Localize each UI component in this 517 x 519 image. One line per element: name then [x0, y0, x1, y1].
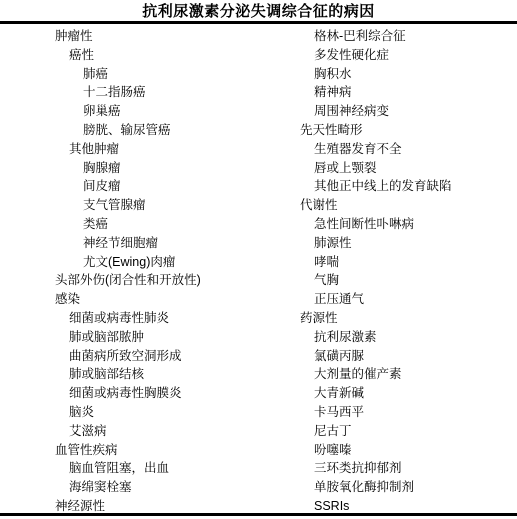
list-item: 曲菌病所致空洞形成 — [55, 347, 300, 366]
list-item: 生殖器发育不全 — [300, 140, 517, 159]
list-item: 药源性 — [300, 309, 517, 328]
list-item: 细菌或病毒性胸膜炎 — [55, 384, 300, 403]
list-item: 唇或上颚裂 — [300, 159, 517, 178]
table-body: 肿瘤性癌性肺癌十二指肠癌卵巢癌膀胱、输尿管癌其他肿瘤胸腺瘤间皮瘤支气管腺瘤类癌神… — [0, 24, 517, 513]
list-item: 先天性畸形 — [300, 121, 517, 140]
list-item: 肺或脑部脓肿 — [55, 328, 300, 347]
list-item: 支气管腺瘤 — [55, 196, 300, 215]
list-item: 胸腺瘤 — [55, 159, 300, 178]
table-header: 抗利尿激素分泌失调综合征的病因 — [0, 0, 517, 21]
left-column: 肿瘤性癌性肺癌十二指肠癌卵巢癌膀胱、输尿管癌其他肿瘤胸腺瘤间皮瘤支气管腺瘤类癌神… — [0, 24, 300, 513]
list-item: 抗利尿激素 — [300, 328, 517, 347]
list-item: 其他正中线上的发育缺陷 — [300, 177, 517, 196]
list-item: 肺癌 — [55, 65, 300, 84]
list-item: 脑血管阻塞，出血 — [55, 459, 300, 478]
list-item: 肺源性 — [300, 234, 517, 253]
list-item: 三环类抗抑郁剂 — [300, 459, 517, 478]
list-item: 艾滋病 — [55, 422, 300, 441]
list-item: 氯磺丙脲 — [300, 347, 517, 366]
list-item: 细菌或病毒性肺炎 — [55, 309, 300, 328]
list-item: 神经源性 — [55, 497, 300, 516]
list-item: 单胺氧化酶抑制剂 — [300, 478, 517, 497]
list-item: SSRIs — [300, 497, 517, 516]
list-item: 肿瘤性 — [55, 27, 300, 46]
list-item: 头部外伤(闭合性和开放性) — [55, 271, 300, 290]
list-item: 大剂量的催产素 — [300, 365, 517, 384]
table-title: 抗利尿激素分泌失调综合征的病因 — [142, 0, 375, 21]
list-item: 膀胱、输尿管癌 — [55, 121, 300, 140]
list-item: 哮喘 — [300, 253, 517, 272]
list-item: 海绵窦栓塞 — [55, 478, 300, 497]
list-item: 尼古丁 — [300, 422, 517, 441]
list-item: 代谢性 — [300, 196, 517, 215]
list-item: 血管性疾病 — [55, 441, 300, 460]
list-item: 精神病 — [300, 83, 517, 102]
list-item: 卡马西平 — [300, 403, 517, 422]
list-item: 格林-巴利综合征 — [300, 27, 517, 46]
right-column: 格林-巴利综合征多发性硬化症胸积水精神病周围神经病变先天性畸形生殖器发育不全唇或… — [300, 24, 517, 513]
list-item: 神经节细胞瘤 — [55, 234, 300, 253]
list-item: 周围神经病变 — [300, 102, 517, 121]
list-item: 正压通气 — [300, 290, 517, 309]
list-item: 尤文(Ewing)肉瘤 — [55, 253, 300, 272]
list-item: 急性间断性卟啉病 — [300, 215, 517, 234]
list-item: 肺或脑部结核 — [55, 365, 300, 384]
list-item: 类癌 — [55, 215, 300, 234]
list-item: 间皮瘤 — [55, 177, 300, 196]
list-item: 卵巢癌 — [55, 102, 300, 121]
list-item: 气胸 — [300, 271, 517, 290]
list-item: 十二指肠癌 — [55, 83, 300, 102]
document-page: 抗利尿激素分泌失调综合征的病因 肿瘤性癌性肺癌十二指肠癌卵巢癌膀胱、输尿管癌其他… — [0, 0, 517, 519]
list-item: 吩噻嗪 — [300, 441, 517, 460]
list-item: 感染 — [55, 290, 300, 309]
list-item: 脑炎 — [55, 403, 300, 422]
list-item: 大青新碱 — [300, 384, 517, 403]
list-item: 其他肿瘤 — [55, 140, 300, 159]
list-item: 癌性 — [55, 46, 300, 65]
list-item: 多发性硬化症 — [300, 46, 517, 65]
list-item: 胸积水 — [300, 65, 517, 84]
